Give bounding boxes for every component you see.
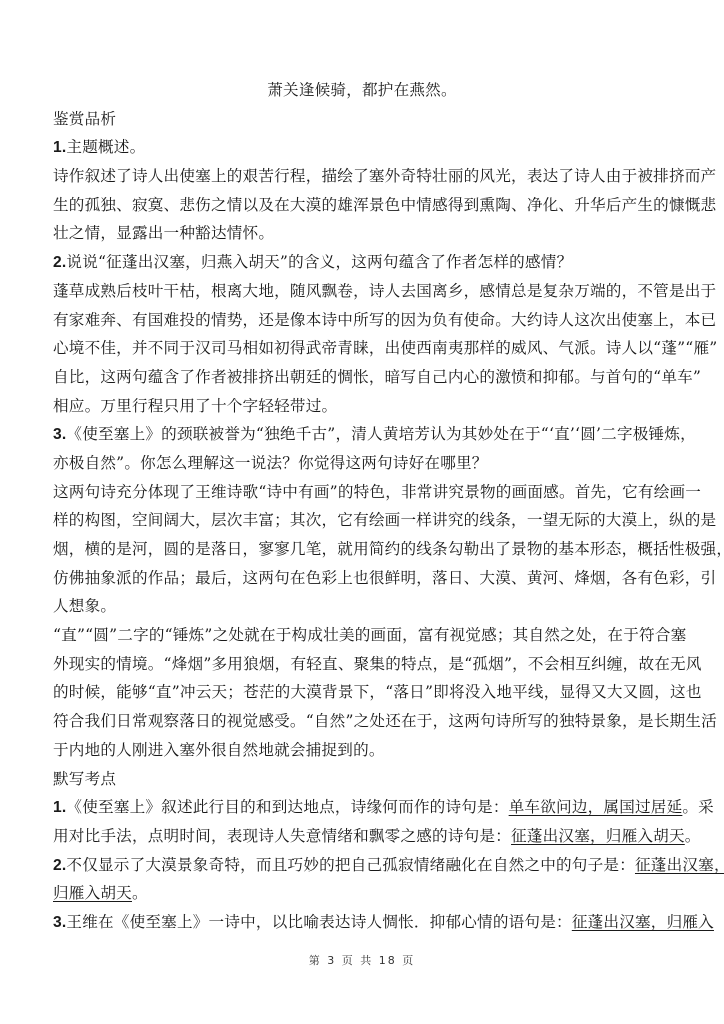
item-text: 不仅显示了大漠景象奇特，而且巧妙的把自己孤寂情绪融化在自然之中的句子是： (66, 856, 635, 874)
question-1-title: 1.主题概述。 (53, 133, 671, 162)
answer-line: 壮之情，显露出一种豁达情怀。 (53, 219, 671, 248)
answer-line: 样的构图，空间阔大，层次丰富；其次，它有绘画一样讲究的线条，一望无际的大漠上，纵… (53, 506, 671, 535)
item-text: 。 (132, 884, 148, 902)
answer-line: 生的孤独、寂寞、悲伤之情以及在大漠的雄浑景色中情感得到熏陶、净化、升华后产生的慷… (53, 191, 671, 220)
answer-line: 烟，横的是河，圆的是落日，寥寥几笔，就用简约的线条勾勒出了景物的基本形态，概括性… (53, 535, 671, 564)
answer-line: 自比，这两句蕴含了作者被排挤出朝廷的惆怅，暗写自己内心的激愤和抑郁。与首句的“单… (53, 363, 671, 392)
question-text: 主题概述。 (66, 138, 145, 156)
poem-line: 萧关逢候骑，都护在燕然。 (53, 76, 671, 105)
answer-line: 仿佛抽象派的作品；最后，这两句在色彩上也很鲜明，落日、大漠、黄河、烽烟，各有色彩… (53, 564, 671, 593)
document-page: 萧关逢候骑，都护在燕然。 鉴赏品析 1.主题概述。 诗作叙述了诗人出使塞上的艰苦… (53, 76, 671, 937)
dictation-item-2-line-2: 归雁入胡天。 (53, 879, 671, 908)
answer-line: 有家难奔、有国难投的情势，还是像本诗中所写的因为负有使命。大约诗人这次出使塞上，… (53, 306, 671, 335)
question-number: 2. (53, 254, 66, 271)
answer-line: 诗作叙述了诗人出使塞上的艰苦行程，描绘了塞外奇特壮丽的风光，表达了诗人由于被排挤… (53, 162, 671, 191)
question-text: 说说“征蓬出汉塞，归燕入胡天”的含义，这两句蕴含了作者怎样的感情？ (66, 253, 572, 271)
answer-underlined: 单车欲问边，属国过居延 (509, 798, 683, 816)
item-text: 。采 (682, 798, 714, 816)
section-heading-appreciation: 鉴赏品析 (53, 105, 671, 134)
page-footer: 第 3 页 共 18 页 (0, 952, 724, 968)
answer-line: 人想象。 (53, 592, 671, 621)
item-number: 3. (53, 914, 66, 931)
answer-line: 于内地的人刚进入塞外很自然地就会捕捉到的。 (53, 736, 671, 765)
answer-underlined: 征蓬出汉塞，归雁入 (572, 913, 714, 931)
dictation-item-3-line-1: 3.王维在《使至塞上》一诗中，以比喻表达诗人惆怅．抑郁心情的语句是：征蓬出汉塞，… (53, 908, 671, 937)
answer-line: 符合我们日常观察落日的视觉感受。“自然”之处还在于，这两句诗所写的独特景象，是长… (53, 707, 671, 736)
item-number: 2. (53, 857, 66, 874)
dictation-item-2-line-1: 2.不仅显示了大漠景象奇特，而且巧妙的把自己孤寂情绪融化在自然之中的句子是：征蓬… (53, 851, 671, 880)
answer-underlined: 征蓬出汉塞，归雁入胡天 (511, 827, 685, 845)
question-text: 《使至塞上》的颈联被誉为“独绝千古”，清人黄培芳认为其妙处在于“‘直’‘圆’二字… (66, 425, 696, 443)
item-text: 用对比手法，点明时间，表现诗人失意情绪和飘零之感的诗句是： (53, 827, 511, 845)
answer-line: 的时候，能够“直”冲云天；苍茫的大漠背景下，“落日”即将没入地平线，显得又大又圆… (53, 678, 671, 707)
question-number: 3. (53, 426, 66, 443)
answer-line: 外现实的情境。“烽烟”多用狼烟，有轻直、聚集的特点，是“孤烟”，不会相互纠缠，故… (53, 650, 671, 679)
section-heading-dictation: 默写考点 (53, 765, 671, 794)
question-2-title: 2.说说“征蓬出汉塞，归燕入胡天”的含义，这两句蕴含了作者怎样的感情？ (53, 248, 671, 277)
answer-line: 蓬草成熟后枝叶干枯，根离大地，随风飘卷，诗人去国离乡，感情总是复杂万端的，不管是… (53, 277, 671, 306)
answer-line: 这两句诗充分体现了王维诗歌“诗中有画”的特色，非常讲究景物的画面感。首先，它有绘… (53, 478, 671, 507)
item-text: 。 (685, 827, 701, 845)
answer-line: 相应。万里行程只用了十个字轻轻带过。 (53, 392, 671, 421)
answer-line: 心境不佳，并不同于汉司马相如初得武帝青睐，出使西南夷那样的威风、气派。诗人以“蓬… (53, 334, 671, 363)
dictation-item-1-line-1: 1.《使至塞上》叙述此行目的和到达地点，诗缘何而作的诗句是：单车欲问边，属国过居… (53, 793, 671, 822)
question-text-cont: 亦极自然”。你怎么理解这一说法？你觉得这两句诗好在哪里？ (53, 449, 671, 478)
question-3-title: 3.《使至塞上》的颈联被誉为“独绝千古”，清人黄培芳认为其妙处在于“‘直’‘圆’… (53, 420, 671, 449)
dictation-item-1-line-2: 用对比手法，点明时间，表现诗人失意情绪和飘零之感的诗句是：征蓬出汉塞，归雁入胡天… (53, 822, 671, 851)
answer-line: “直”“圆”二字的“锤炼”之处就在于构成壮美的画面，富有视觉感；其自然之处，在于… (53, 621, 671, 650)
item-number: 1. (53, 799, 66, 816)
item-text: 王维在《使至塞上》一诗中，以比喻表达诗人惆怅．抑郁心情的语句是： (66, 913, 571, 931)
answer-underlined: 归雁入胡天 (53, 884, 132, 902)
question-number: 1. (53, 139, 66, 156)
answer-underlined: 征蓬出汉塞， (635, 856, 724, 874)
item-text: 《使至塞上》叙述此行目的和到达地点，诗缘何而作的诗句是： (66, 798, 508, 816)
